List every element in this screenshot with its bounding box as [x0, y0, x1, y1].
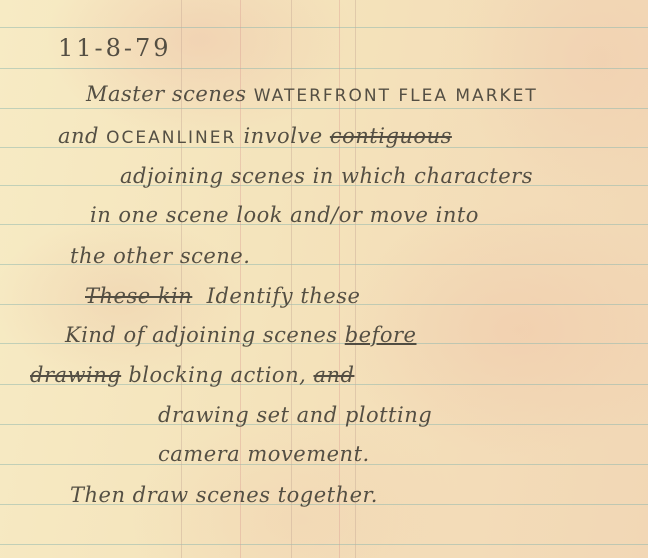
line-6-text: Identify these: [192, 284, 360, 308]
note-line-9: drawing set and plotting: [158, 403, 432, 427]
note-line-3: adjoining scenes in which characters: [120, 164, 533, 188]
note-line-5: the other scene.: [70, 244, 250, 268]
line-1-caps: WATERFRONT FLEA MARKET: [254, 86, 538, 106]
line-2-struck-word: contiguous: [330, 124, 452, 148]
note-line-11: Then draw scenes together.: [70, 483, 378, 507]
note-line-8: drawing blocking action, and: [30, 363, 354, 387]
rule-line: [0, 27, 648, 28]
note-line-1: Master scenes WATERFRONT FLEA MARKET: [86, 82, 538, 106]
line-4-text: in one scene look and/or move into: [90, 203, 479, 227]
line-7-text: Kind of adjoining scenes: [65, 323, 345, 347]
line-8-text: blocking action,: [121, 363, 313, 387]
note-line-4: in one scene look and/or move into: [90, 203, 479, 227]
line-9-text: drawing set and plotting: [158, 403, 432, 427]
line-7-underlined-word: before: [345, 323, 417, 347]
line-6-struck-word: These kin: [85, 284, 192, 308]
line-2-caps: OCEANLINER: [106, 128, 236, 148]
line-8-struck-word: drawing: [30, 363, 121, 387]
line-1-script: Master scenes: [86, 82, 254, 106]
note-line-6: These kin Identify these: [85, 284, 360, 308]
line-11-text: Then draw scenes together.: [70, 483, 378, 507]
line-8-struck-and: and: [313, 363, 354, 387]
note-line-10: camera movement.: [158, 442, 370, 466]
line-2-involve: involve: [236, 124, 330, 148]
rule-line: [0, 68, 648, 69]
line-10-text: camera movement.: [158, 442, 370, 466]
line-5-text: the other scene.: [70, 244, 250, 268]
rule-line: [0, 544, 648, 545]
note-line-2: and OCEANLINER involve contiguous: [58, 124, 452, 148]
line-3-text: adjoining scenes in which characters: [120, 164, 533, 188]
note-date: 11-8-79: [58, 34, 172, 62]
line-2-and: and: [58, 124, 106, 148]
note-line-7: Kind of adjoining scenes before: [65, 323, 417, 347]
rule-line: [0, 108, 648, 109]
